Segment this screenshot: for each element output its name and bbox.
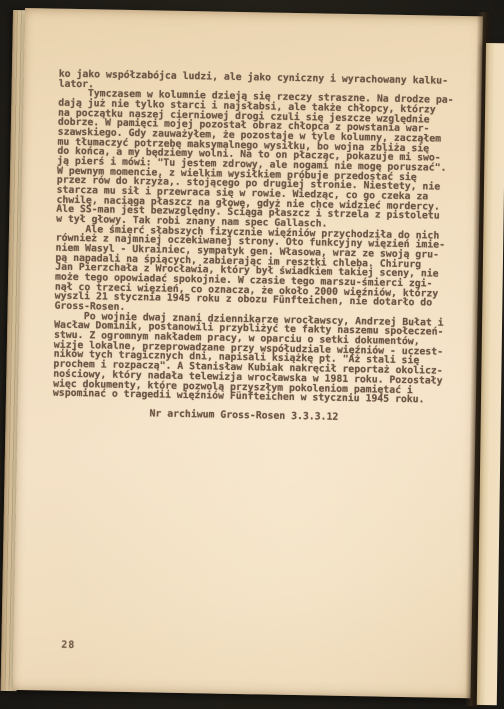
- archive-reference: Nr archiwum Gross-Rosen 3.3.3.12: [149, 408, 338, 422]
- page-number: 28: [61, 640, 75, 651]
- body-text: ko jako współzabójca ludzi, ale jako cyn…: [53, 70, 459, 406]
- book-page: ko jako współzabójca ludzi, ale jako cyn…: [13, 8, 483, 698]
- scanned-page: ko jako współzabójca ludzi, ale jako cyn…: [0, 0, 504, 709]
